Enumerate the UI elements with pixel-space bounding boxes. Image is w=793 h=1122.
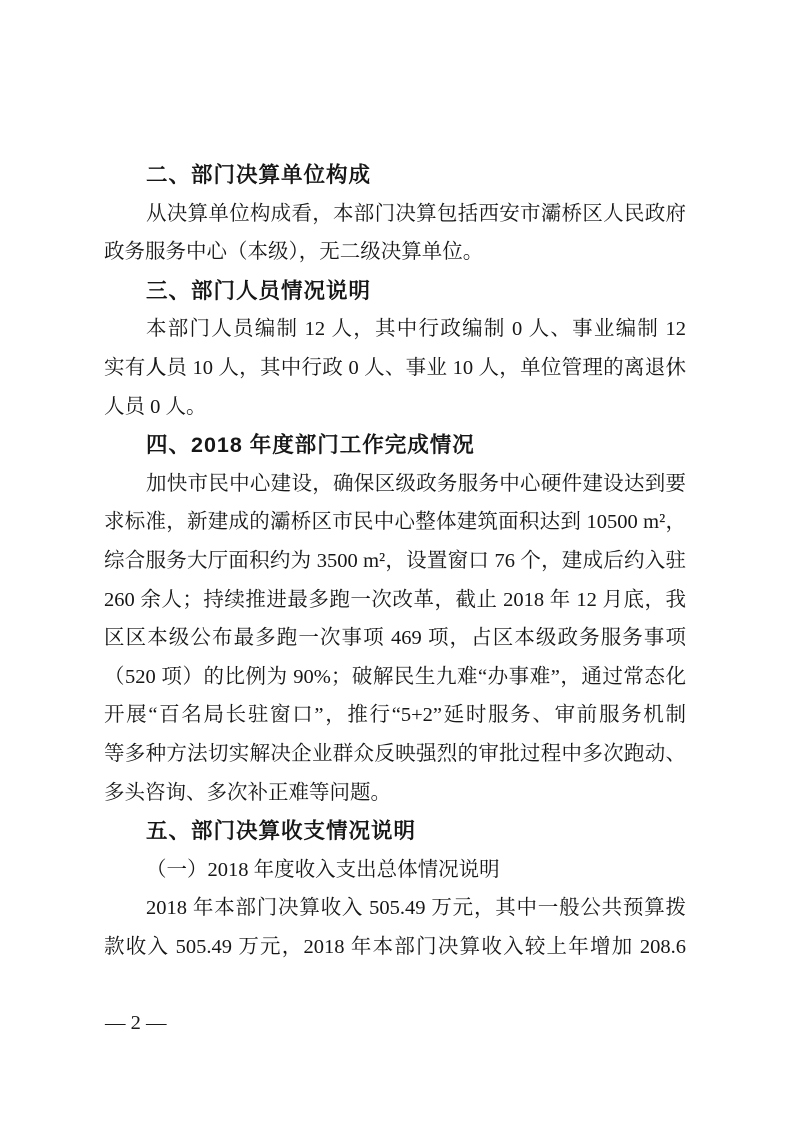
text-line: 开展“百名局长驻窗口”，推行“5+2”延时服务、审前服务机制 [104, 696, 686, 735]
text-line: 实有人员 10 人，其中行政 0 人、事业 10 人，单位管理的离退休 [104, 349, 686, 388]
section-heading-4: 四、2018 年度部门工作完成情况 [104, 426, 686, 465]
section-heading-2: 二、部门决算单位构成 [104, 156, 686, 195]
subsection-heading: （一）2018 年度收入支出总体情况说明 [104, 851, 686, 890]
document-page: 二、部门决算单位构成 从决算单位构成看，本部门决算包括西安市灞桥区人民政府 政务… [0, 0, 793, 1122]
text-line: 求标准，新建成的灞桥区市民中心整体建筑面积达到 10500 m²， [104, 503, 686, 542]
text-line: 政务服务中心（本级），无二级决算单位。 [104, 233, 686, 272]
text-line: 本部门人员编制 12 人，其中行政编制 0 人、事业编制 12 人； [104, 310, 686, 349]
section-heading-5: 五、部门决算收支情况说明 [104, 812, 686, 851]
text-line: 260 余人；持续推进最多跑一次改革，截止 2018 年 12 月底，我 [104, 581, 686, 620]
page-number: — 2 — [105, 1010, 167, 1036]
text-line: 区区本级公布最多跑一次事项 469 项，占区本级政务服务事项 [104, 619, 686, 658]
section-heading-3: 三、部门人员情况说明 [104, 272, 686, 311]
text-line: （520 项）的比例为 90%；破解民生九难“办事难”，通过常态化 [104, 658, 686, 697]
text-line: 2018 年本部门决算收入 505.49 万元，其中一般公共预算拨 [104, 889, 686, 928]
text-line: 综合服务大厅面积约为 3500 m²，设置窗口 76 个，建成后约入驻 [104, 542, 686, 581]
text-line: 等多种方法切实解决企业群众反映强烈的审批过程中多次跑动、 [104, 735, 686, 774]
document-content: 二、部门决算单位构成 从决算单位构成看，本部门决算包括西安市灞桥区人民政府 政务… [104, 156, 686, 966]
text-line: 款收入 505.49 万元，2018 年本部门决算收入较上年增加 208.6 [104, 928, 686, 967]
text-line: 加快市民中心建设，确保区级政务服务中心硬件建设达到要 [104, 465, 686, 504]
text-line: 多头咨询、多次补正难等问题。 [104, 774, 686, 813]
text-line: 从决算单位构成看，本部门决算包括西安市灞桥区人民政府 [104, 195, 686, 234]
text-line: 人员 0 人。 [104, 388, 686, 427]
